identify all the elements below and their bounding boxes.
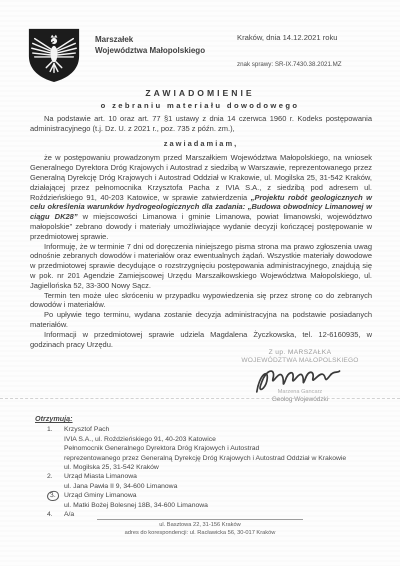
paragraph-decision: Po upływie tego terminu, wydana zostanie…	[30, 310, 372, 330]
recipient-number: 2.	[47, 472, 64, 491]
recipient-line: IVIA S.A., ul. Roździeńskiego 91, 40-203…	[64, 435, 365, 444]
sender-name-line1: Marszałek	[95, 34, 205, 45]
paragraph-deadline: Termin ten może ulec skróceniu w przypad…	[30, 291, 372, 311]
recipient-number: 4.	[47, 510, 64, 519]
recipient-number: 1.	[47, 425, 64, 472]
paragraph-legal-basis: Na podstawie art. 10 oraz art. 77 §1 ust…	[30, 114, 372, 134]
recipient-address: Urząd Miasta Limanowa ul. Jana Pawła II …	[64, 472, 365, 491]
declaration-word: zawiadamiam,	[30, 139, 372, 149]
place-and-date: Kraków, dnia 14.12.2021 roku	[237, 33, 337, 42]
sender-identity: Marszałek Województwa Małopolskiego	[95, 34, 205, 56]
scanned-letter-page: Marszałek Województwa Małopolskiego Krak…	[0, 0, 400, 566]
sender-name-line2: Województwa Małopolskiego	[95, 45, 205, 56]
recipients-heading: Otrzymują:	[35, 414, 365, 423]
document-title-block: ZAWIADOMIENIE o zebraniu materiału dowod…	[0, 88, 400, 110]
recipient-line: Pełnomocnik Generalnego Dyrektora Dróg K…	[64, 444, 365, 453]
office-address-footer: ul. Basztowa 22, 31-156 Kraków adres do …	[97, 519, 303, 537]
case-reference: znak sprawy: SR-IX.7430.38.2021.MZ	[237, 61, 342, 68]
recipient-line: ul. Jana Pawła II 9, 34-600 Limanowa	[64, 482, 365, 491]
signature-block: Z up. MARSZAŁKA WOJEWÓDZTWA MAŁOPOLSKIEG…	[218, 349, 382, 403]
recipient-address: Urząd Gminy Limanowa ul. Matki Bożej Bol…	[64, 491, 365, 510]
document-title: ZAWIADOMIENIE	[0, 88, 400, 98]
recipient-address: Krzysztof Pach IVIA S.A., ul. Roździeńsk…	[64, 425, 365, 472]
scan-fold-line	[0, 398, 400, 399]
paragraph-main: że w postępowaniu prowadzonym przed Mars…	[30, 153, 372, 241]
footer-address-line1: ul. Basztowa 22, 31-156 Kraków	[97, 522, 303, 530]
paragraph-information: Informuję, że w terminie 7 dni od doręcz…	[30, 242, 372, 291]
recipient-line: Krzysztof Pach	[64, 425, 365, 434]
recipient-line: ul. Matki Bożej Bolesnej 18B, 34-600 Lim…	[64, 501, 365, 510]
paragraph-main-seg3: w miejscowości Limanowa i gminie Limanow…	[30, 212, 372, 241]
recipient-item: 3. Urząd Gminy Limanowa ul. Matki Bożej …	[47, 491, 365, 510]
stamp-line1: Z up. MARSZAŁKA	[218, 349, 382, 356]
recipient-item: 2. Urząd Miasta Limanowa ul. Jana Pawła …	[47, 472, 365, 491]
recipients-section: Otrzymują: 1. Krzysztof Pach IVIA S.A., …	[35, 414, 365, 519]
recipient-line: Urząd Miasta Limanowa	[64, 472, 365, 481]
recipient-line: ul. Mogilska 25, 31-542 Kraków	[64, 463, 365, 472]
letter-body: Na podstawie art. 10 oraz art. 77 §1 ust…	[30, 114, 372, 349]
hand-drawn-circle-mark: 3.	[47, 491, 60, 502]
document-subtitle: o zebraniu materiału dowodowego	[0, 101, 400, 110]
footer-address-line2: adres do korespondencji: ul. Racławicka …	[97, 530, 303, 538]
malopolska-coat-of-arms-icon	[25, 27, 83, 83]
recipient-item: 1. Krzysztof Pach IVIA S.A., ul. Roździe…	[47, 425, 365, 472]
handwritten-signature-icon	[249, 358, 347, 401]
recipient-line: Urząd Gminy Limanowa	[64, 491, 365, 500]
recipient-line: reprezentowanego przez Generalną Dyrekcj…	[64, 454, 365, 463]
paragraph-contact: Informacji w przedmiotowej sprawie udzie…	[30, 330, 372, 350]
recipient-number-circled: 3.	[47, 491, 64, 510]
